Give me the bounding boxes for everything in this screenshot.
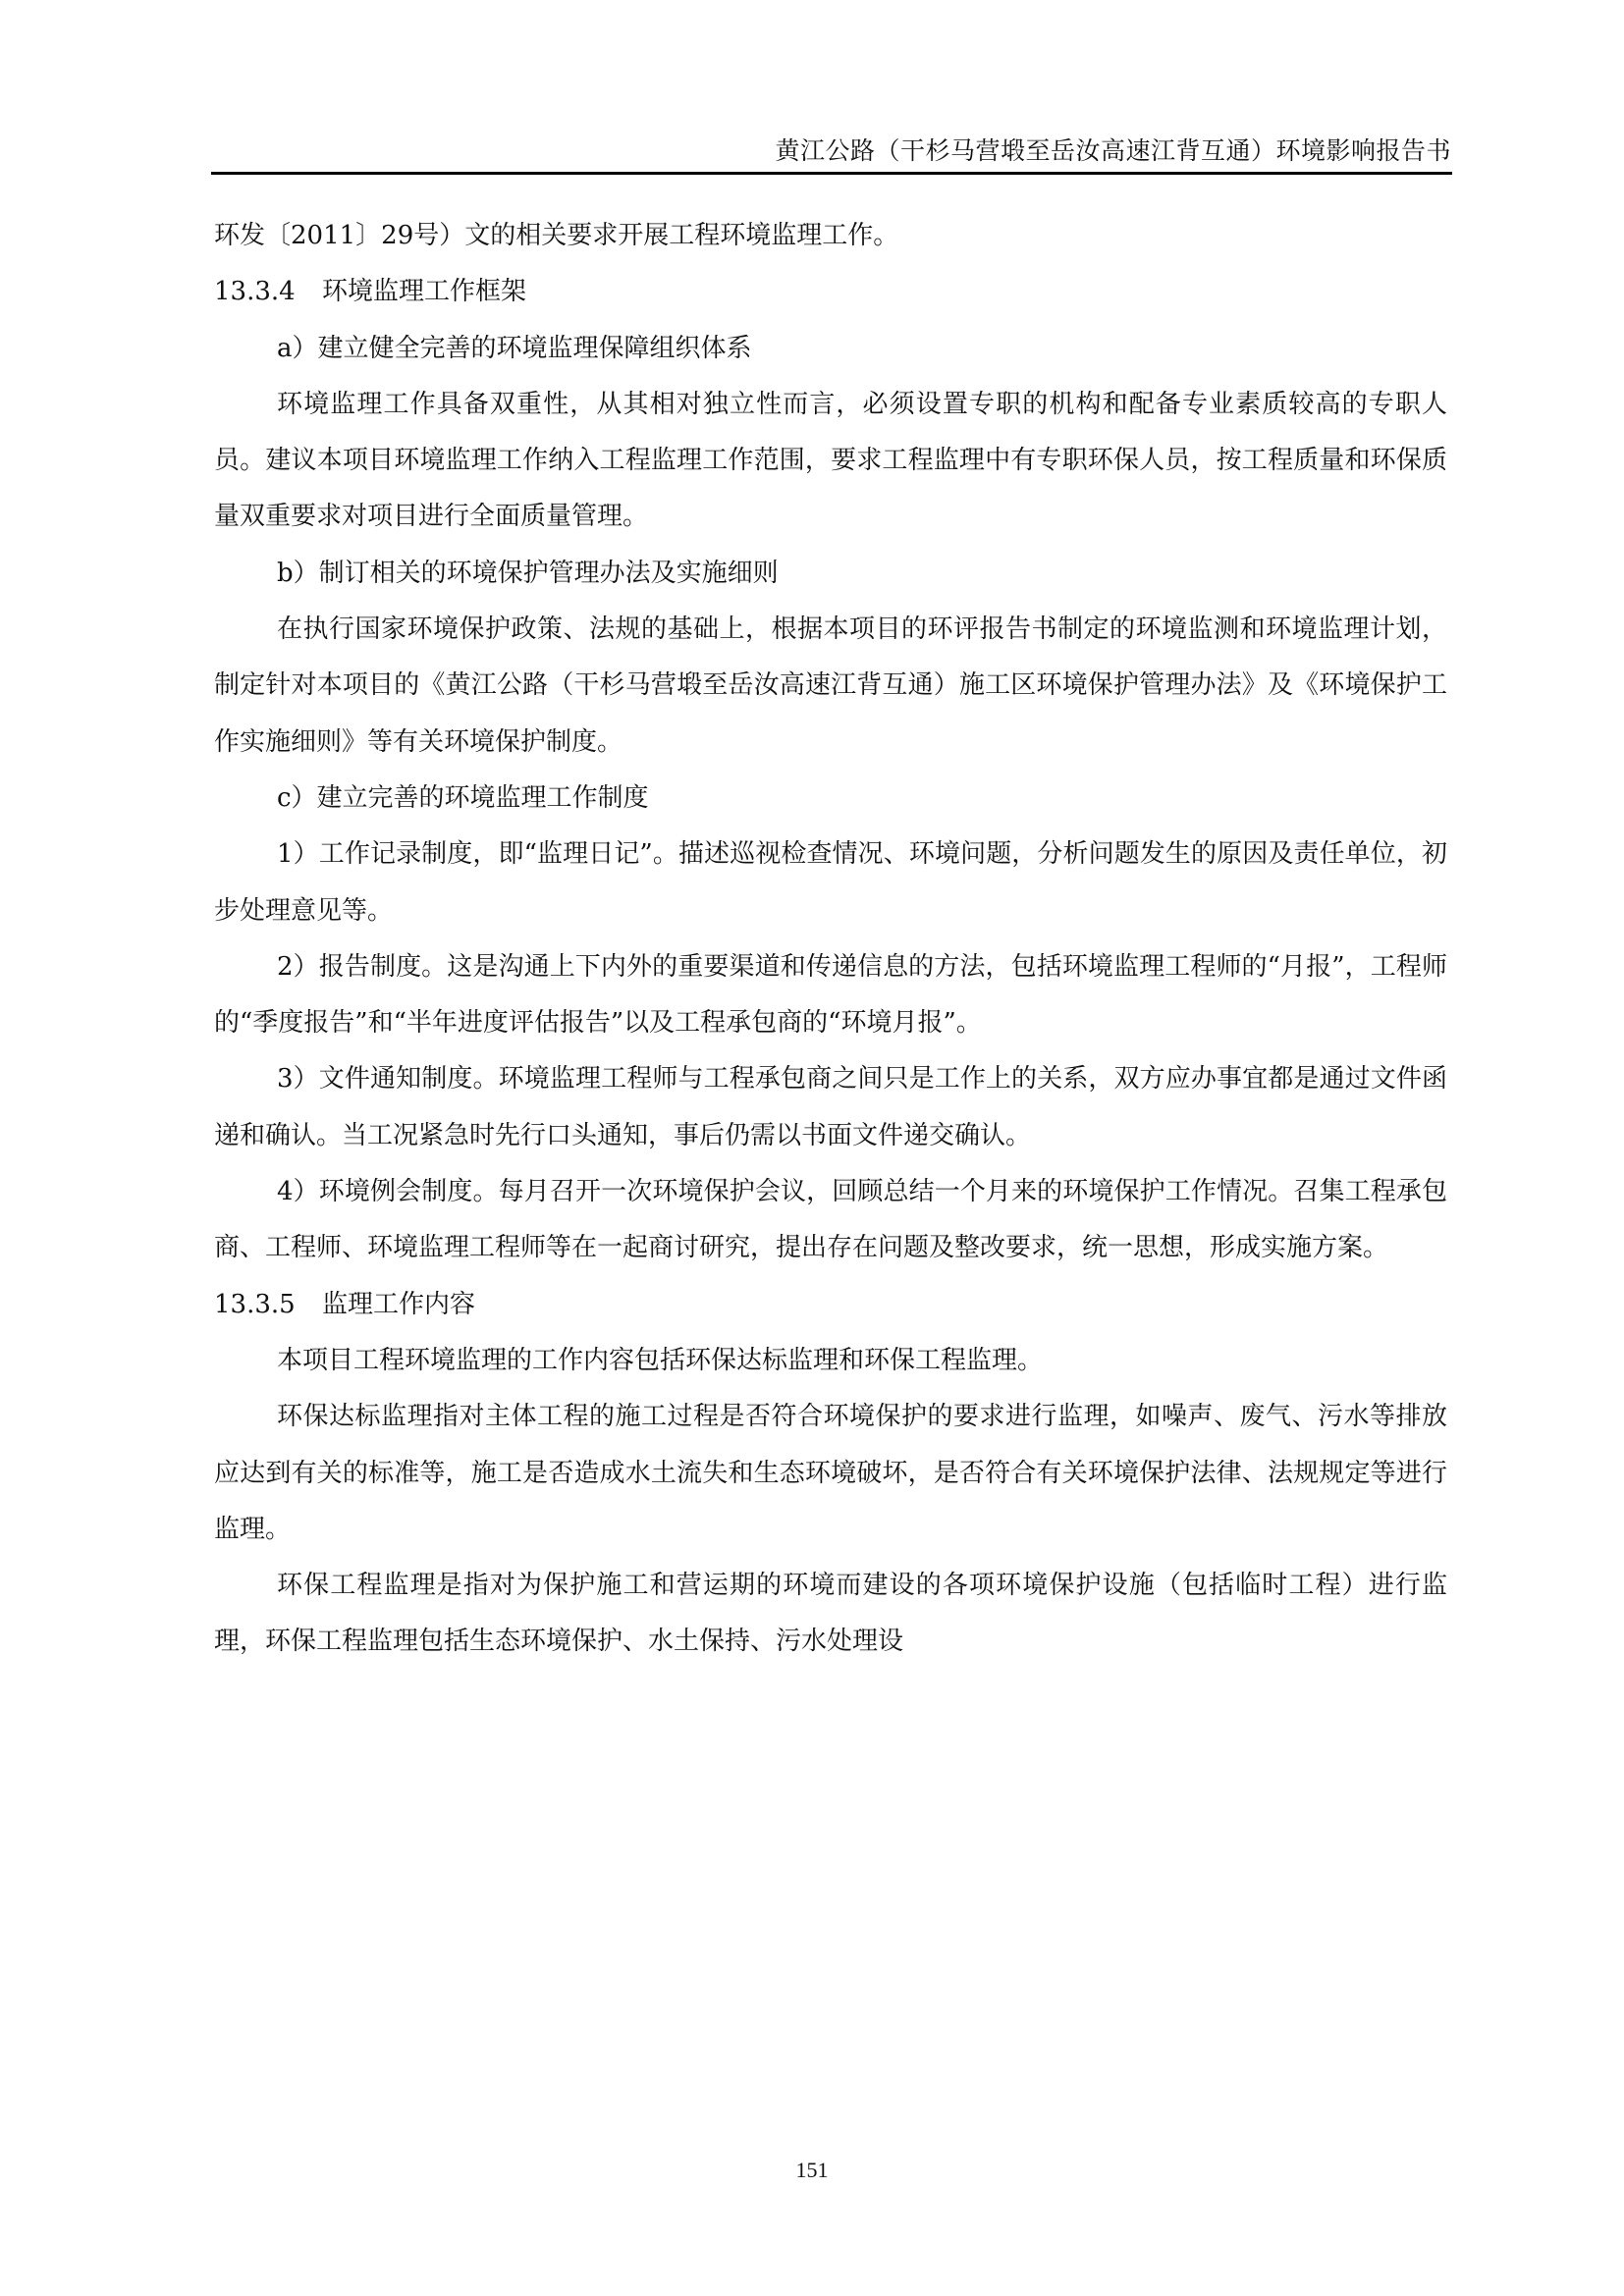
document-body: 环发〔2011〕29号）文的相关要求开展工程环境监理工作。 13.3.4环境监理… <box>214 208 1447 1671</box>
paragraph: 环发〔2011〕29号）文的相关要求开展工程环境监理工作。 <box>214 208 1447 264</box>
paragraph: 环境监理工作具备双重性，从其相对独立性而言，必须设置专职的机构和配备专业素质较高… <box>214 377 1447 546</box>
section-number: 13.3.4 <box>214 264 322 320</box>
list-item-4: 4）环境例会制度。每月召开一次环境保护会议，回顾总结一个月来的环境保护工作情况。… <box>214 1164 1447 1277</box>
list-item-2: 2）报告制度。这是沟通上下内外的重要渠道和传递信息的方法，包括环境监理工程师的“… <box>214 939 1447 1052</box>
subheading-a: a）建立健全完善的环境监理保障组织体系 <box>214 321 1447 377</box>
subheading-b: b）制订相关的环境保护管理办法及实施细则 <box>214 546 1447 602</box>
paragraph: 环保达标监理指对主体工程的施工过程是否符合环境保护的要求进行监理，如噪声、废气、… <box>214 1389 1447 1558</box>
section-heading-13-3-4: 13.3.4环境监理工作框架 <box>214 264 1447 320</box>
section-title: 监理工作内容 <box>322 1290 475 1319</box>
paragraph: 本项目工程环境监理的工作内容包括环保达标监理和环保工程监理。 <box>214 1333 1447 1389</box>
list-item-1: 1）工作记录制度，即“监理日记”。描述巡视检查情况、环境问题，分析问题发生的原因… <box>214 827 1447 939</box>
page-number: 151 <box>0 2158 1624 2183</box>
running-header-title: 黄江公路（干杉马营塅至岳汝高速江背互通）环境影响报告书 <box>775 132 1451 167</box>
paragraph: 环保工程监理是指对为保护施工和营运期的环境而建设的各项环境保护设施（包括临时工程… <box>214 1558 1447 1671</box>
section-number: 13.3.5 <box>214 1277 322 1333</box>
section-heading-13-3-5: 13.3.5监理工作内容 <box>214 1277 1447 1333</box>
section-title: 环境监理工作框架 <box>322 277 526 306</box>
subheading-c: c）建立完善的环境监理工作制度 <box>214 771 1447 827</box>
header-rule <box>211 172 1452 175</box>
paragraph: 在执行国家环境保护政策、法规的基础上，根据本项目的环评报告书制定的环境监测和环境… <box>214 602 1447 771</box>
list-item-3: 3）文件通知制度。环境监理工程师与工程承包商之间只是工作上的关系，双方应办事宜都… <box>214 1051 1447 1164</box>
